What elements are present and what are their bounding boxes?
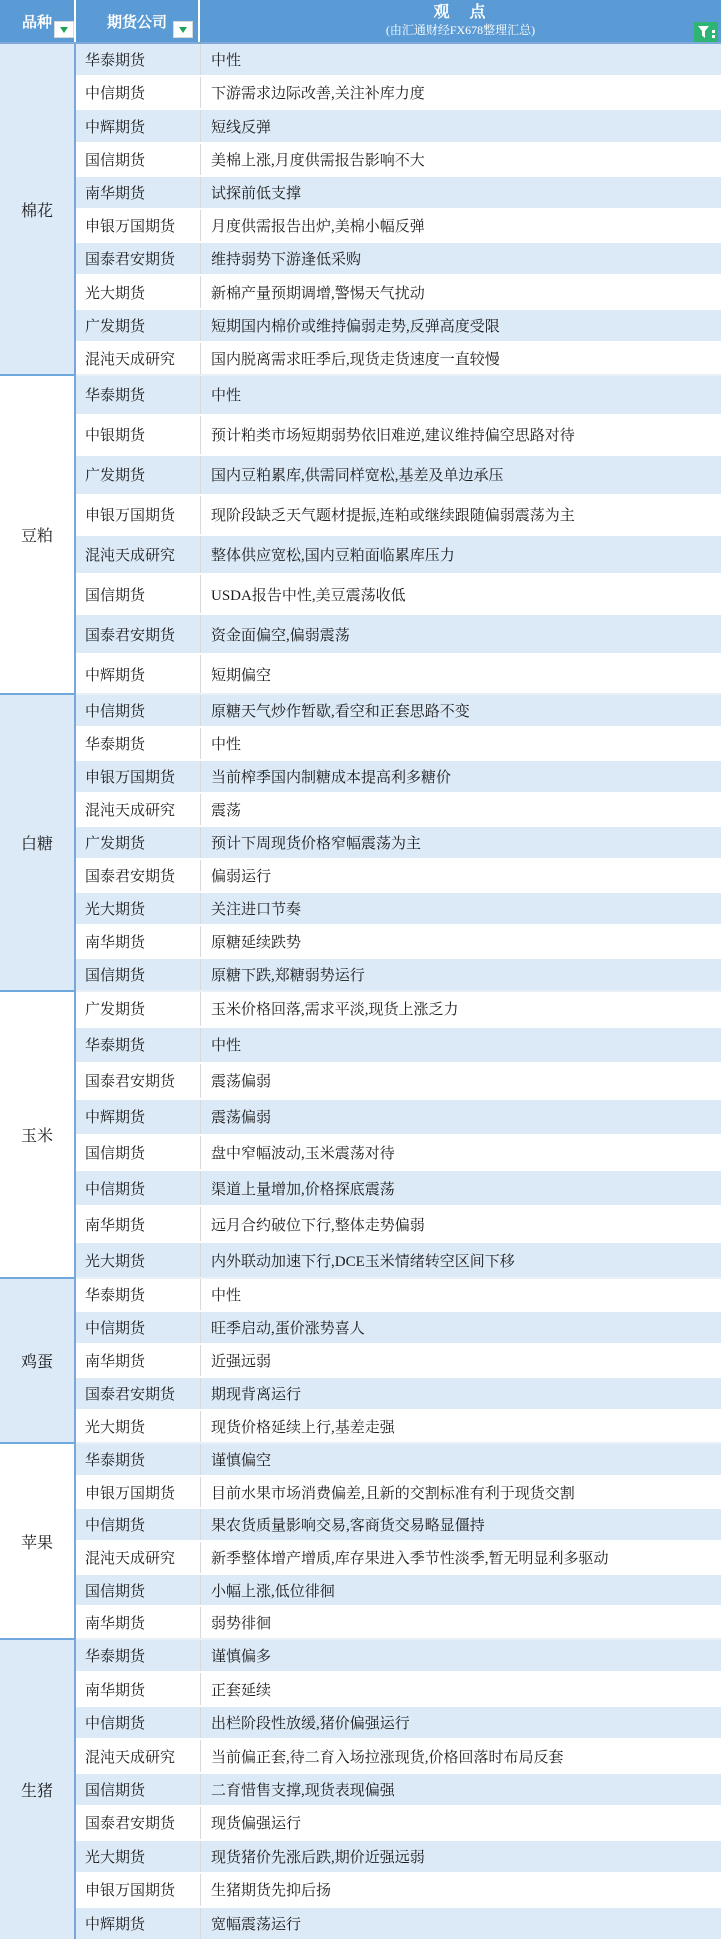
company-cell: 申银万国期货 <box>76 210 200 241</box>
company-cell: 中信期货 <box>76 1171 200 1205</box>
company-cell: 南华期货 <box>76 1345 200 1376</box>
company-cell: 申银万国期货 <box>76 1874 200 1905</box>
table-row: 国信期货原糖下跌,郑糖弱势运行 <box>76 957 721 990</box>
company-cell: 国泰君安期货 <box>76 615 200 653</box>
commodity-section: 鸡蛋华泰期货中性中信期货旺季启动,蛋价涨势喜人南华期货近强远弱国泰君安期货期现背… <box>0 1277 721 1442</box>
company-cell: 申银万国期货 <box>76 761 200 792</box>
view-cell: 二育惜售支撑,现货表现偏强 <box>200 1774 721 1805</box>
company-cell: 国信期货 <box>76 1774 200 1805</box>
table-row: 华泰期货中性 <box>76 1026 721 1062</box>
company-cell: 国信期货 <box>76 959 200 990</box>
view-cell: 中性 <box>200 728 721 759</box>
table-row: 广发期货国内豆粕累库,供需同样宽松,基差及单边承压 <box>76 454 721 494</box>
table-row: 申银万国期货现阶段缺乏天气题材提振,连粕或继续跟随偏弱震荡为主 <box>76 494 721 534</box>
view-cell: 整体供应宽松,国内豆粕面临累库压力 <box>200 536 721 574</box>
company-cell: 国泰君安期货 <box>76 860 200 891</box>
company-cell: 中银期货 <box>76 416 200 454</box>
company-cell: 国信期货 <box>76 1136 200 1170</box>
view-cell: 内外联动加速下行,DCE玉米情绪转空区间下移 <box>200 1243 721 1277</box>
section-rows: 华泰期货中性中信期货旺季启动,蛋价涨势喜人南华期货近强远弱国泰君安期货期现背离运… <box>76 1277 721 1442</box>
table-row: 国信期货USDA报告中性,美豆震荡收低 <box>76 573 721 613</box>
table-row: 国信期货二育惜售支撑,现货表现偏强 <box>76 1772 721 1805</box>
section-rows: 广发期货玉米价格回落,需求平淡,现货上涨乏力华泰期货中性国泰君安期货震荡偏弱中辉… <box>76 990 721 1277</box>
table-row: 光大期货新棉产量预期调增,警惕天气扰动 <box>76 274 721 307</box>
view-cell: 中性 <box>200 1279 721 1310</box>
company-cell: 申银万国期货 <box>76 496 200 534</box>
company-cell: 中辉期货 <box>76 655 200 693</box>
view-column-subtitle: (由汇通财经FX678整理汇总) <box>386 24 535 38</box>
table-row: 中辉期货宽幅震荡运行 <box>76 1906 721 1939</box>
table-row: 南华期货试探前低支撑 <box>76 175 721 208</box>
company-cell: 光大期货 <box>76 1243 200 1277</box>
company-cell: 中辉期货 <box>76 1100 200 1134</box>
table-row: 华泰期货中性 <box>76 1279 721 1310</box>
company-cell: 混沌天成研究 <box>76 536 200 574</box>
view-cell: 震荡 <box>200 794 721 825</box>
chevron-down-icon <box>60 27 68 33</box>
table-body: 棉花华泰期货中性中信期货下游需求边际改善,关注补库力度中辉期货短线反弹国信期货美… <box>0 44 721 1939</box>
table-row: 华泰期货谨慎偏多 <box>76 1640 721 1671</box>
view-cell: 国内脱离需求旺季后,现货走货速度一直较慢 <box>200 343 721 374</box>
company-filter-dropdown[interactable] <box>174 22 192 37</box>
section-rows: 华泰期货中性中信期货下游需求边际改善,关注补库力度中辉期货短线反弹国信期货美棉上… <box>76 44 721 374</box>
view-cell: 旺季启动,蛋价涨势喜人 <box>200 1312 721 1343</box>
table-row: 申银万国期货生猪期货先抑后扬 <box>76 1872 721 1905</box>
header-variety-cell: 品种 <box>0 0 76 42</box>
company-cell: 中信期货 <box>76 1509 200 1540</box>
commodity-section: 白糖中信期货原糖天气炒作暂歇,看空和正套思路不变华泰期货中性申银万国期货当前榨季… <box>0 693 721 990</box>
variety-cell: 生猪 <box>0 1638 76 1939</box>
view-cell: USDA报告中性,美豆震荡收低 <box>200 575 721 613</box>
view-cell: 小幅上涨,低位徘徊 <box>200 1575 721 1606</box>
view-cell: 宽幅震荡运行 <box>200 1908 721 1939</box>
view-cell: 中性 <box>200 1028 721 1062</box>
company-cell: 华泰期货 <box>76 44 200 75</box>
view-cell: 远月合约破位下行,整体走势偏弱 <box>200 1207 721 1241</box>
view-cell: 原糖下跌,郑糖弱势运行 <box>200 959 721 990</box>
view-cell: 现货猪价先涨后跌,期价近强远弱 <box>200 1841 721 1872</box>
company-cell: 华泰期货 <box>76 1028 200 1062</box>
header-company-cell: 期货公司 <box>76 0 200 42</box>
variety-column-label: 品种 <box>22 11 52 32</box>
company-cell: 南华期货 <box>76 177 200 208</box>
company-cell: 南华期货 <box>76 1207 200 1241</box>
table-row: 国泰君安期货震荡偏弱 <box>76 1062 721 1098</box>
view-cell: 短期偏空 <box>200 655 721 693</box>
futures-opinion-table: 品种 期货公司 观 点 (由汇通财经FX678整理汇总) 棉花华泰期货中性中信期… <box>0 0 721 1939</box>
company-cell: 国泰君安期货 <box>76 1064 200 1098</box>
view-cell: 盘中窄幅波动,玉米震荡对待 <box>200 1136 721 1170</box>
company-cell: 广发期货 <box>76 992 200 1026</box>
table-row: 混沌天成研究整体供应宽松,国内豆粕面临累库压力 <box>76 534 721 574</box>
table-row: 华泰期货中性 <box>76 44 721 75</box>
company-cell: 光大期货 <box>76 1841 200 1872</box>
table-row: 国信期货小幅上涨,低位徘徊 <box>76 1573 721 1606</box>
section-rows: 中信期货原糖天气炒作暂歇,看空和正套思路不变华泰期货中性申银万国期货当前榨季国内… <box>76 693 721 990</box>
section-rows: 华泰期货谨慎偏空申银万国期货目前水果市场消费偏差,且新的交割标准有利于现货交割中… <box>76 1442 721 1638</box>
view-cell: 新棉产量预期调增,警惕天气扰动 <box>200 276 721 307</box>
table-row: 南华期货远月合约破位下行,整体走势偏弱 <box>76 1205 721 1241</box>
view-cell: 短线反弹 <box>200 110 721 141</box>
table-row: 混沌天成研究新季整体增产增质,库存果进入季节性淡季,暂无明显利多驱动 <box>76 1540 721 1573</box>
table-row: 混沌天成研究国内脱离需求旺季后,现货走货速度一直较慢 <box>76 341 721 374</box>
commodity-section: 玉米广发期货玉米价格回落,需求平淡,现货上涨乏力华泰期货中性国泰君安期货震荡偏弱… <box>0 990 721 1277</box>
company-cell: 混沌天成研究 <box>76 794 200 825</box>
view-cell: 月度供需报告出炉,美棉小幅反弹 <box>200 210 721 241</box>
table-row: 国泰君安期货偏弱运行 <box>76 858 721 891</box>
company-cell: 华泰期货 <box>76 728 200 759</box>
view-cell: 短期国内棉价或维持偏弱走势,反弹高度受限 <box>200 310 721 341</box>
view-cell: 谨慎偏空 <box>200 1444 721 1475</box>
table-row: 国泰君安期货期现背离运行 <box>76 1376 721 1409</box>
table-row: 中信期货出栏阶段性放缓,猪价偏强运行 <box>76 1705 721 1738</box>
commodity-section: 苹果华泰期货谨慎偏空申银万国期货目前水果市场消费偏差,且新的交割标准有利于现货交… <box>0 1442 721 1638</box>
table-row: 南华期货正套延续 <box>76 1671 721 1704</box>
table-row: 南华期货近强远弱 <box>76 1343 721 1376</box>
view-column-label: 观 点 <box>433 4 487 22</box>
view-cell: 偏弱运行 <box>200 860 721 891</box>
table-row: 混沌天成研究当前偏正套,待二育入场拉涨现货,价格回落时布局反套 <box>76 1738 721 1771</box>
view-cell: 果农货质量影响交易,客商货交易略显僵持 <box>200 1509 721 1540</box>
company-cell: 光大期货 <box>76 893 200 924</box>
variety-cell: 棉花 <box>0 44 76 374</box>
company-cell: 国泰君安期货 <box>76 243 200 274</box>
table-row: 光大期货现货猪价先涨后跌,期价近强远弱 <box>76 1839 721 1872</box>
view-cell: 关注进口节奏 <box>200 893 721 924</box>
view-cell: 现阶段缺乏天气题材提振,连粕或继续跟随偏弱震荡为主 <box>200 496 721 534</box>
table-row: 华泰期货中性 <box>76 726 721 759</box>
company-cell: 光大期货 <box>76 276 200 307</box>
section-rows: 华泰期货中性中银期货预计粕类市场短期弱势依旧难逆,建议维持偏空思路对待广发期货国… <box>76 374 721 693</box>
view-cell: 期现背离运行 <box>200 1378 721 1409</box>
company-cell: 国信期货 <box>76 575 200 613</box>
view-cell: 中性 <box>200 376 721 414</box>
view-cell: 震荡偏弱 <box>200 1064 721 1098</box>
view-cell: 近强远弱 <box>200 1345 721 1376</box>
table-row: 中信期货旺季启动,蛋价涨势喜人 <box>76 1310 721 1343</box>
table-row: 申银万国期货月度供需报告出炉,美棉小幅反弹 <box>76 208 721 241</box>
company-cell: 中信期货 <box>76 77 200 108</box>
table-row: 中辉期货短期偏空 <box>76 653 721 693</box>
company-cell: 广发期货 <box>76 310 200 341</box>
company-cell: 华泰期货 <box>76 1444 200 1475</box>
company-cell: 华泰期货 <box>76 1279 200 1310</box>
view-cell: 预计粕类市场短期弱势依旧难逆,建议维持偏空思路对待 <box>200 416 721 454</box>
company-cell: 南华期货 <box>76 1607 200 1638</box>
company-cell: 国泰君安期货 <box>76 1807 200 1838</box>
view-cell: 当前榨季国内制糖成本提高利多糖价 <box>200 761 721 792</box>
view-cell: 中性 <box>200 44 721 75</box>
company-cell: 中辉期货 <box>76 110 200 141</box>
variety-filter-dropdown[interactable] <box>55 22 73 37</box>
table-row: 广发期货短期国内棉价或维持偏弱走势,反弹高度受限 <box>76 308 721 341</box>
table-row: 华泰期货中性 <box>76 376 721 414</box>
variety-cell: 苹果 <box>0 1442 76 1638</box>
view-cell: 目前水果市场消费偏差,且新的交割标准有利于现货交割 <box>200 1477 721 1508</box>
table-row: 申银万国期货当前榨季国内制糖成本提高利多糖价 <box>76 759 721 792</box>
company-cell: 广发期货 <box>76 456 200 494</box>
table-row: 南华期货原糖延续跌势 <box>76 924 721 957</box>
company-cell: 混沌天成研究 <box>76 1740 200 1771</box>
variety-cell: 豆粕 <box>0 374 76 693</box>
view-cell: 原糖延续跌势 <box>200 926 721 957</box>
table-row: 光大期货现货价格延续上行,基差走强 <box>76 1409 721 1442</box>
table-row: 国泰君安期货资金面偏空,偏弱震荡 <box>76 613 721 653</box>
company-cell: 华泰期货 <box>76 1640 200 1671</box>
company-cell: 华泰期货 <box>76 376 200 414</box>
company-cell: 广发期货 <box>76 827 200 858</box>
variety-cell: 玉米 <box>0 990 76 1277</box>
company-cell: 中信期货 <box>76 1707 200 1738</box>
table-row: 光大期货内外联动加速下行,DCE玉米情绪转空区间下移 <box>76 1241 721 1277</box>
commodity-section: 棉花华泰期货中性中信期货下游需求边际改善,关注补库力度中辉期货短线反弹国信期货美… <box>0 44 721 374</box>
company-cell: 中辉期货 <box>76 1908 200 1939</box>
table-row: 中辉期货短线反弹 <box>76 108 721 141</box>
view-cell: 国内豆粕累库,供需同样宽松,基差及单边承压 <box>200 456 721 494</box>
company-cell: 国泰君安期货 <box>76 1378 200 1409</box>
view-cell: 出栏阶段性放缓,猪价偏强运行 <box>200 1707 721 1738</box>
view-cell: 新季整体增产增质,库存果进入季节性淡季,暂无明显利多驱动 <box>200 1542 721 1573</box>
view-cell: 现货偏强运行 <box>200 1807 721 1838</box>
table-row: 中银期货预计粕类市场短期弱势依旧难逆,建议维持偏空思路对待 <box>76 414 721 454</box>
funnel-icon <box>694 22 718 42</box>
company-cell: 国信期货 <box>76 144 200 175</box>
view-cell: 维持弱势下游逢低采购 <box>200 243 721 274</box>
table-row: 中信期货下游需求边际改善,关注补库力度 <box>76 75 721 108</box>
view-cell: 生猪期货先抑后扬 <box>200 1874 721 1905</box>
commodity-section: 生猪华泰期货谨慎偏多南华期货正套延续中信期货出栏阶段性放缓,猪价偏强运行混沌天成… <box>0 1638 721 1939</box>
table-row: 国信期货盘中窄幅波动,玉米震荡对待 <box>76 1134 721 1170</box>
variety-cell: 白糖 <box>0 693 76 990</box>
table-row: 中信期货果农货质量影响交易,客商货交易略显僵持 <box>76 1507 721 1540</box>
variety-cell: 鸡蛋 <box>0 1277 76 1442</box>
view-cell: 资金面偏空,偏弱震荡 <box>200 615 721 653</box>
commodity-section: 豆粕华泰期货中性中银期货预计粕类市场短期弱势依旧难逆,建议维持偏空思路对待广发期… <box>0 374 721 693</box>
view-cell: 正套延续 <box>200 1673 721 1704</box>
company-cell: 中信期货 <box>76 1312 200 1343</box>
table-row: 国泰君安期货维持弱势下游逢低采购 <box>76 241 721 274</box>
table-row: 申银万国期货目前水果市场消费偏差,且新的交割标准有利于现货交割 <box>76 1475 721 1508</box>
company-cell: 南华期货 <box>76 1673 200 1704</box>
view-cell: 美棉上涨,月度供需报告影响不大 <box>200 144 721 175</box>
chevron-down-icon <box>179 27 187 33</box>
table-row: 国信期货美棉上涨,月度供需报告影响不大 <box>76 142 721 175</box>
company-cell: 申银万国期货 <box>76 1477 200 1508</box>
view-cell: 当前偏正套,待二育入场拉涨现货,价格回落时布局反套 <box>200 1740 721 1771</box>
table-row: 广发期货预计下周现货价格窄幅震荡为主 <box>76 825 721 858</box>
view-cell: 谨慎偏多 <box>200 1640 721 1671</box>
view-cell: 试探前低支撑 <box>200 177 721 208</box>
view-cell: 玉米价格回落,需求平淡,现货上涨乏力 <box>200 992 721 1026</box>
company-cell: 中信期货 <box>76 695 200 726</box>
table-row: 中辉期货震荡偏弱 <box>76 1098 721 1134</box>
table-row: 中信期货原糖天气炒作暂歇,看空和正套思路不变 <box>76 695 721 726</box>
table-row: 华泰期货谨慎偏空 <box>76 1444 721 1475</box>
table-row: 光大期货关注进口节奏 <box>76 891 721 924</box>
section-rows: 华泰期货谨慎偏多南华期货正套延续中信期货出栏阶段性放缓,猪价偏强运行混沌天成研究… <box>76 1638 721 1939</box>
view-cell: 震荡偏弱 <box>200 1100 721 1134</box>
view-cell: 现货价格延续上行,基差走强 <box>200 1411 721 1442</box>
table-row: 混沌天成研究震荡 <box>76 792 721 825</box>
view-cell: 下游需求边际改善,关注补库力度 <box>200 77 721 108</box>
table-filter-button[interactable] <box>694 22 718 42</box>
table-header: 品种 期货公司 观 点 (由汇通财经FX678整理汇总) <box>0 0 721 44</box>
company-column-label: 期货公司 <box>107 11 167 32</box>
company-cell: 混沌天成研究 <box>76 343 200 374</box>
table-row: 国泰君安期货现货偏强运行 <box>76 1805 721 1838</box>
company-cell: 混沌天成研究 <box>76 1542 200 1573</box>
table-row: 广发期货玉米价格回落,需求平淡,现货上涨乏力 <box>76 992 721 1026</box>
view-cell: 渠道上量增加,价格探底震荡 <box>200 1171 721 1205</box>
view-cell: 预计下周现货价格窄幅震荡为主 <box>200 827 721 858</box>
view-cell: 弱势徘徊 <box>200 1607 721 1638</box>
view-cell: 原糖天气炒作暂歇,看空和正套思路不变 <box>200 695 721 726</box>
company-cell: 国信期货 <box>76 1575 200 1606</box>
company-cell: 光大期货 <box>76 1411 200 1442</box>
table-row: 南华期货弱势徘徊 <box>76 1605 721 1638</box>
company-cell: 南华期货 <box>76 926 200 957</box>
header-view-cell: 观 点 (由汇通财经FX678整理汇总) <box>200 0 721 42</box>
table-row: 中信期货渠道上量增加,价格探底震荡 <box>76 1169 721 1205</box>
